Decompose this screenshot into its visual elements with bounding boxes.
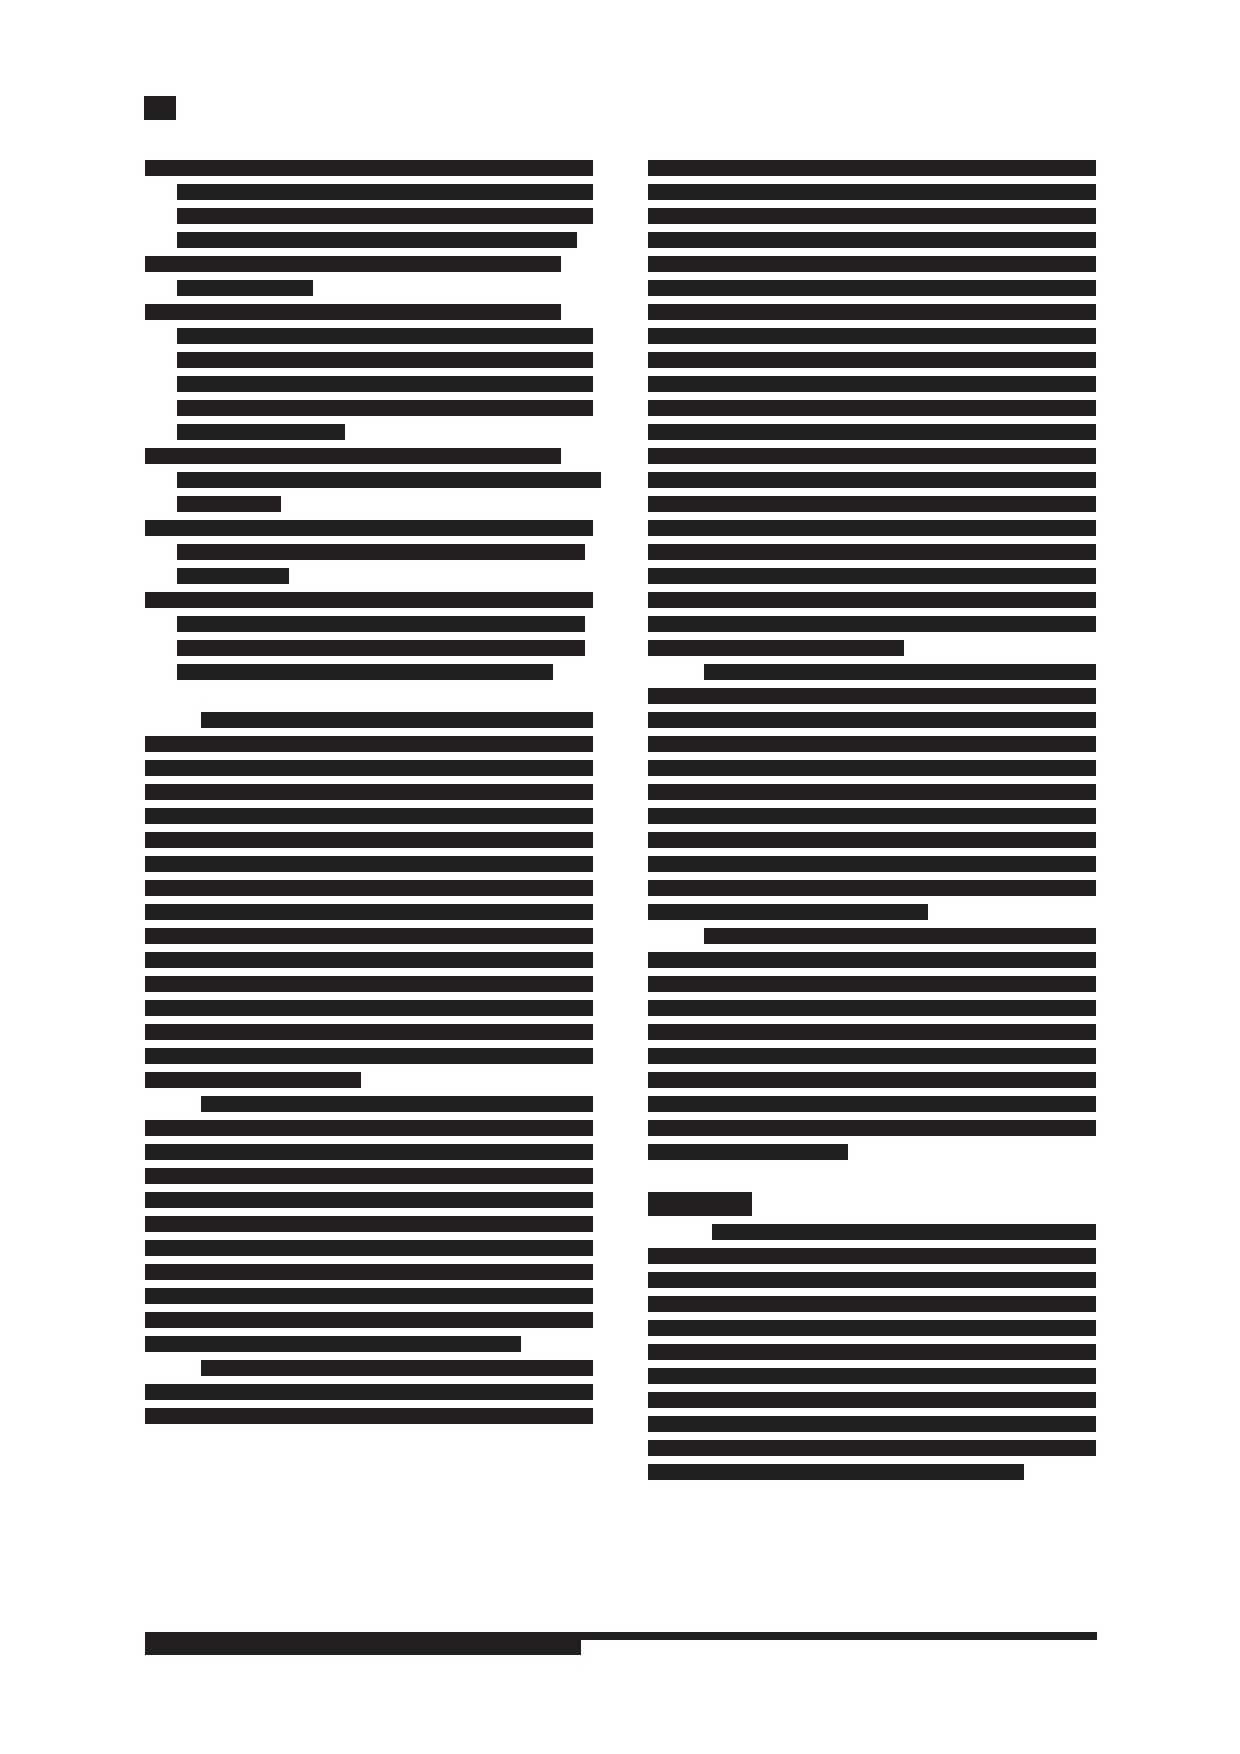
list-item [145, 304, 593, 440]
redacted-text-line [145, 256, 561, 272]
redacted-text-line [145, 1216, 593, 1232]
redacted-text-line [145, 1336, 521, 1352]
redacted-text-line [648, 568, 1096, 584]
redacted-text-line [177, 376, 593, 392]
redacted-text-line [648, 1048, 1096, 1064]
redacted-text-line [648, 760, 1096, 776]
redacted-text-line [145, 1192, 593, 1208]
redacted-text-line [648, 184, 1096, 200]
redacted-text-line [177, 328, 593, 344]
redacted-text-line [648, 424, 1096, 440]
spacer [145, 688, 593, 712]
redacted-text-line [145, 832, 593, 848]
redacted-text-line [177, 640, 585, 656]
redacted-text-line [648, 832, 1096, 848]
redacted-text-line [177, 424, 345, 440]
redacted-text-line [648, 520, 1096, 536]
redacted-text-line [145, 1048, 593, 1064]
redacted-text-line [648, 1320, 1096, 1336]
redacted-text-line [145, 1168, 593, 1184]
redacted-text-line [648, 1296, 1096, 1312]
redacted-text-line [145, 760, 593, 776]
redacted-text-line [648, 472, 1096, 488]
redacted-text-line [648, 1144, 848, 1160]
redacted-text-line [145, 160, 593, 176]
redacted-text-line [648, 592, 1096, 608]
redacted-text-line [145, 784, 593, 800]
redacted-text-line [648, 784, 1096, 800]
redacted-text-line [648, 640, 904, 656]
redacted-text-line [648, 1416, 1096, 1432]
redacted-text-line [648, 808, 1096, 824]
spacer [648, 1168, 1096, 1192]
redacted-text-line [145, 808, 593, 824]
paragraph [145, 712, 593, 1088]
redacted-text-line [648, 1120, 1096, 1136]
redacted-text-line [648, 1248, 1096, 1264]
redacted-text-line [648, 1368, 1096, 1384]
redacted-text-line [145, 1384, 593, 1400]
redacted-text-line [648, 544, 1096, 560]
paragraph [648, 160, 1096, 656]
redacted-text-line [648, 904, 928, 920]
redacted-text-line [648, 448, 1096, 464]
redacted-text-line [648, 856, 1096, 872]
redacted-text-line [704, 928, 1096, 944]
left-column [145, 160, 593, 1432]
redacted-text-line [648, 616, 1096, 632]
redacted-text-line [648, 736, 1096, 752]
redacted-text-line [648, 352, 1096, 368]
redacted-text-line [648, 328, 1096, 344]
redacted-text-line [648, 400, 1096, 416]
paragraph [648, 664, 1096, 920]
redacted-text-line [648, 952, 1096, 968]
redacted-text-line [145, 880, 593, 896]
redacted-text-line [648, 280, 1096, 296]
redacted-text-line [648, 1000, 1096, 1016]
redacted-text-line [648, 208, 1096, 224]
list-item [145, 448, 593, 512]
list-item [145, 160, 593, 248]
redacted-text-line [648, 712, 1096, 728]
redacted-text-line [648, 1272, 1096, 1288]
redacted-text-line [648, 688, 1096, 704]
redacted-text-line [145, 856, 593, 872]
redacted-text-line [145, 952, 593, 968]
redacted-text-line [177, 664, 553, 680]
paragraph [648, 928, 1096, 1160]
right-column [648, 160, 1096, 1488]
paragraph [145, 1360, 593, 1424]
section-heading [648, 1192, 1096, 1216]
redacted-text-line [145, 928, 593, 944]
page-number-text: [redacted] [144, 109, 148, 110]
redacted-text-line [145, 1288, 593, 1304]
redacted-text-line [145, 592, 593, 608]
redacted-text-line [145, 1408, 593, 1424]
list-item [145, 256, 593, 296]
list-item [145, 520, 593, 584]
redacted-text-line [648, 232, 1096, 248]
redacted-text-line [704, 664, 1096, 680]
redacted-text-line [145, 1000, 593, 1016]
redacted-text-line [648, 1344, 1096, 1360]
redacted-text-line [648, 256, 1096, 272]
redacted-text-line [145, 904, 593, 920]
redacted-text-line [145, 304, 561, 320]
footer-rule [145, 1632, 1097, 1640]
redacted-text-line [145, 1312, 593, 1328]
redacted-text-line [177, 232, 577, 248]
redacted-text-line [177, 496, 281, 512]
redacted-text-line [145, 976, 593, 992]
redacted-text-line [648, 1464, 1024, 1480]
paragraph [145, 1096, 593, 1352]
redacted-text-line [177, 280, 313, 296]
redacted-text-line [145, 448, 561, 464]
redacted-text-line [648, 496, 1096, 512]
redacted-text-line [648, 880, 1096, 896]
redacted-text-line [648, 976, 1096, 992]
footer-text: [redacted] [145, 1640, 581, 1655]
paragraph [648, 1224, 1096, 1480]
redacted-text-line [648, 1096, 1096, 1112]
redacted-text-line [145, 520, 593, 536]
redacted-text-line [145, 1144, 593, 1160]
redacted-text-line [712, 1224, 1096, 1240]
list-item [145, 592, 593, 680]
redacted-text-line [648, 1024, 1096, 1040]
redacted-text-line [145, 1024, 593, 1040]
redacted-text-line [177, 472, 601, 488]
redacted-text-line [177, 400, 593, 416]
redacted-text-line [648, 1392, 1096, 1408]
redacted-text-line [648, 1440, 1096, 1456]
redacted-text-line [648, 1072, 1096, 1088]
redacted-text-line [648, 376, 1096, 392]
redacted-text-line [177, 352, 593, 368]
redacted-text-line [201, 1360, 593, 1376]
page-number: [redacted] [144, 96, 176, 120]
redacted-text-line [177, 616, 585, 632]
redacted-text-line [177, 568, 289, 584]
redacted-text-line [177, 184, 593, 200]
redacted-text-line [145, 736, 593, 752]
redacted-text-line [145, 1072, 361, 1088]
redacted-text-line [177, 544, 585, 560]
redacted-text-line [648, 304, 1096, 320]
footer-label: [redacted] [145, 1653, 149, 1654]
redacted-text-line [648, 160, 1096, 176]
redacted-text-line [201, 1096, 593, 1112]
redacted-text-line [177, 208, 593, 224]
redacted-heading [648, 1192, 752, 1216]
redacted-text-line [201, 712, 593, 728]
redacted-text-line [145, 1240, 593, 1256]
redacted-text-line [145, 1120, 593, 1136]
redacted-text-line [145, 1264, 593, 1280]
